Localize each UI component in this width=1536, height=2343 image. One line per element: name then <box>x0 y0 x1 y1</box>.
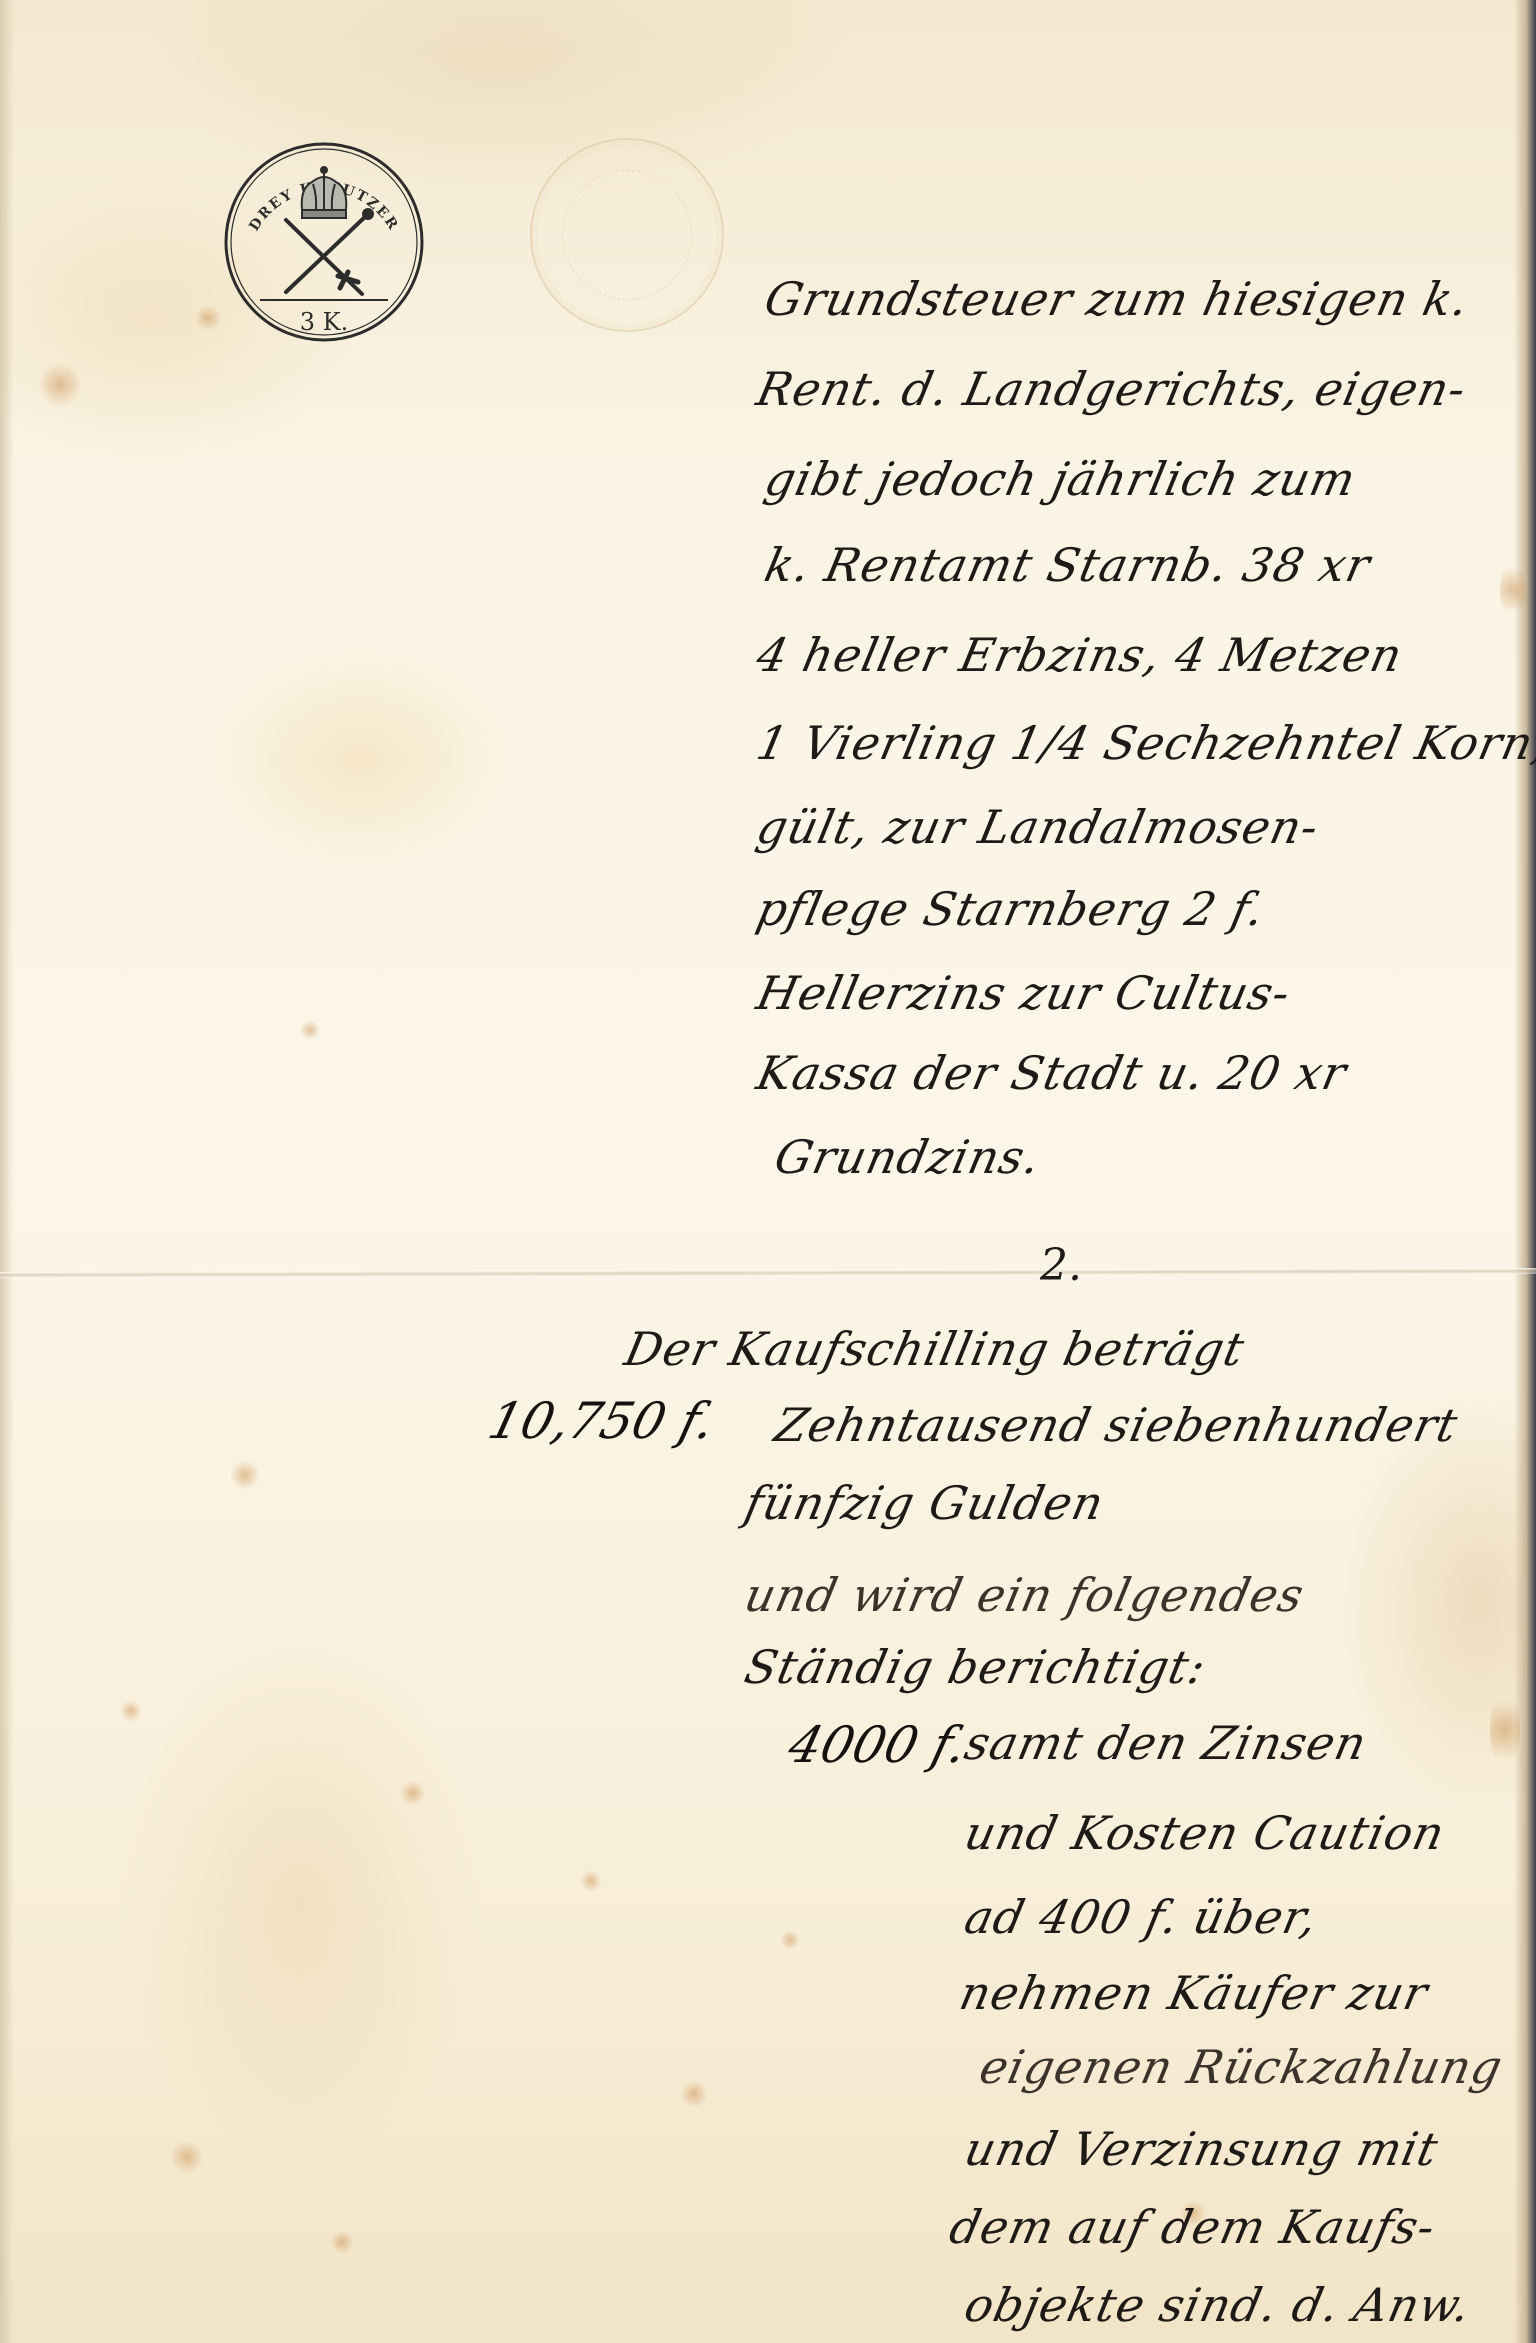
sub-amount: 4000 f. <box>783 1716 973 1774</box>
embossed-seal <box>530 138 724 332</box>
page-binding-edge <box>1514 0 1536 2343</box>
crown-crossed-swords-icon: DREY KREUTZER 3 K. <box>220 138 428 346</box>
text-line: objekte sind. d. Anw. <box>960 2278 1476 2332</box>
text-line: eigenen Rückzahlung <box>975 2040 1508 2094</box>
text-line: ad 400 f. über, <box>960 1890 1323 1944</box>
foxing-spot <box>400 1780 426 1806</box>
revenue-stamp: DREY KREUTZER 3 K. <box>220 138 428 346</box>
svg-text:3 K.: 3 K. <box>300 308 348 336</box>
text-line: und Kosten Caution <box>960 1806 1450 1860</box>
embossed-seal-inner-ring <box>562 170 692 300</box>
text-line: gült, zur Landalmosen- <box>752 800 1324 854</box>
section-number: 2. <box>1040 1240 1082 1291</box>
foxing-spot <box>195 305 221 331</box>
text-line: nehmen Käufer zur <box>955 1966 1433 2020</box>
page-left-edge <box>0 0 14 2343</box>
text-line: und wird ein folgendes <box>740 1568 1309 1622</box>
text-line: Rent. d. Landgerichts, eigen- <box>752 362 1471 416</box>
foxing-spot <box>580 1870 602 1892</box>
foxing-spot <box>330 2230 354 2254</box>
text-line: Grundzins. <box>770 1130 1046 1184</box>
text-line: Hellerzins zur Cultus- <box>752 966 1296 1020</box>
text-line: 1 Vierling 1/4 Sechzehntel Korn, <box>752 716 1536 770</box>
margin-amount: 10,750 f. <box>483 1392 721 1450</box>
document-page: DREY KREUTZER 3 K. <box>0 0 1536 2343</box>
text-line: samt den Zinsen <box>960 1716 1372 1770</box>
text-line: dem auf dem Kaufs- <box>945 2200 1441 2254</box>
foxing-spot <box>170 2140 204 2174</box>
foxing-spot <box>40 360 80 410</box>
foxing-spot <box>300 1020 320 1040</box>
text-line: Zehntausend siebenhundert <box>770 1398 1463 1452</box>
foxing-spot <box>120 1700 142 1722</box>
paper-fold-line <box>0 1268 1536 1278</box>
text-line: k. Rentamt Starnb. 38 xr <box>760 538 1376 592</box>
text-line: Grundsteuer zum hiesigen k. <box>760 272 1474 326</box>
foxing-spot <box>230 1460 260 1490</box>
text-line: pflege Starnberg 2 f. <box>752 882 1270 936</box>
text-line: und Verzinsung mit <box>960 2122 1443 2176</box>
foxing-spot <box>680 2080 708 2108</box>
foxing-spot <box>780 1930 800 1950</box>
text-line: fünfzig Gulden <box>740 1476 1109 1530</box>
foxing-spot <box>1490 1690 1520 1770</box>
text-line: 4 heller Erbzins, 4 Metzen <box>752 628 1408 682</box>
text-line: gibt jedoch jährlich zum <box>760 452 1361 506</box>
foxing-spot <box>1500 560 1526 620</box>
text-line: Der Kaufschilling beträgt <box>620 1322 1250 1376</box>
text-line: Kassa der Stadt u. 20 xr <box>752 1046 1352 1100</box>
text-line: Ständig berichtigt: <box>740 1640 1211 1694</box>
